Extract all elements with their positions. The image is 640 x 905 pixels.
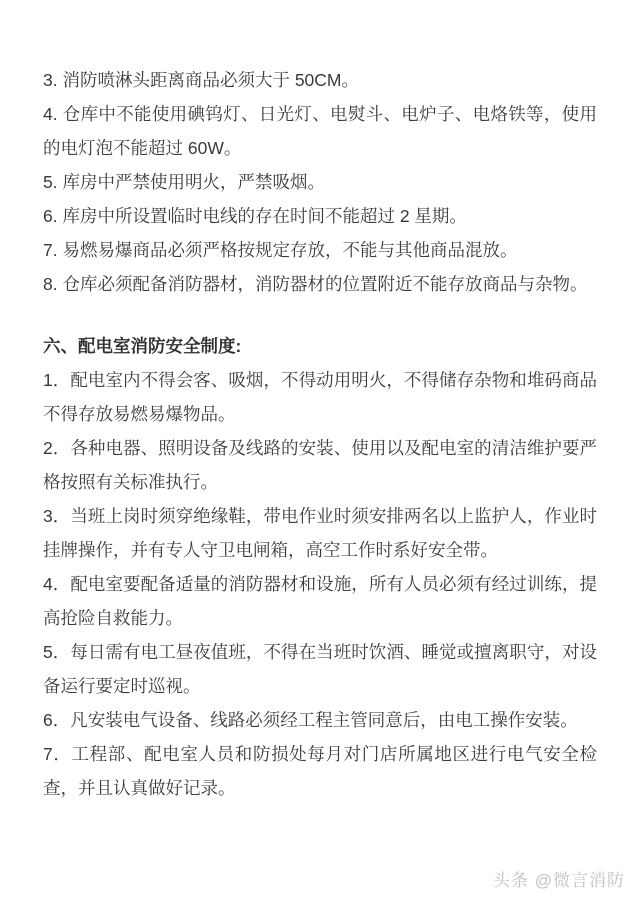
- rule-item: 4. 仓库中不能使用碘钨灯、日光灯、电熨斗、电炉子、电烙铁等，使用的电灯泡不能超…: [43, 97, 597, 165]
- rule-item: 7. 易燃易爆商品必须严格按规定存放，不能与其他商品混放。: [43, 233, 597, 267]
- power-room-heading: 六、配电室消防安全制度:: [43, 329, 597, 363]
- rule-item: 1．配电室内不得会客、吸烟，不得动用明火，不得储存杂物和堆码商品不得存放易燃易爆…: [43, 363, 597, 431]
- rule-item: 5．每日需有电工昼夜值班，不得在当班时饮酒、睡觉或擅离职守，对设备运行要定时巡视…: [43, 635, 597, 703]
- warehouse-rules-section: 3. 消防喷淋头距离商品必须大于 50CM。 4. 仓库中不能使用碘钨灯、日光灯…: [43, 63, 597, 301]
- rule-item: 2．各种电器、照明设备及线路的安装、使用以及配电室的清洁维护要严格按照有关标准执…: [43, 431, 597, 499]
- rule-item: 6．凡安装电气设备、线路必须经工程主管同意后，由电工操作安装。: [43, 703, 597, 737]
- rule-item: 7．工程部、配电室人员和防损处每月对门店所属地区进行电气安全检查，并且认真做好记…: [43, 737, 597, 805]
- rule-item: 5. 库房中严禁使用明火，严禁吸烟。: [43, 165, 597, 199]
- rule-item: 3．当班上岗时须穿绝缘鞋，带电作业时须安排两名以上监护人，作业时挂牌操作，并有专…: [43, 499, 597, 567]
- rule-item: 4．配电室要配备适量的消防器材和设施，所有人员必须有经过训练，提高抢险自救能力。: [43, 567, 597, 635]
- rule-item: 8. 仓库必须配备消防器材，消防器材的位置附近不能存放商品与杂物。: [43, 267, 597, 301]
- power-room-section: 六、配电室消防安全制度: 1．配电室内不得会客、吸烟，不得动用明火，不得储存杂物…: [43, 329, 597, 805]
- rule-item: 3. 消防喷淋头距离商品必须大于 50CM。: [43, 63, 597, 97]
- rule-item: 6. 库房中所设置临时电线的存在时间不能超过 2 星期。: [43, 199, 597, 233]
- document-page: 3. 消防喷淋头距离商品必须大于 50CM。 4. 仓库中不能使用碘钨灯、日光灯…: [0, 0, 640, 905]
- toutiao-watermark: 头条 @微言消防: [493, 870, 625, 892]
